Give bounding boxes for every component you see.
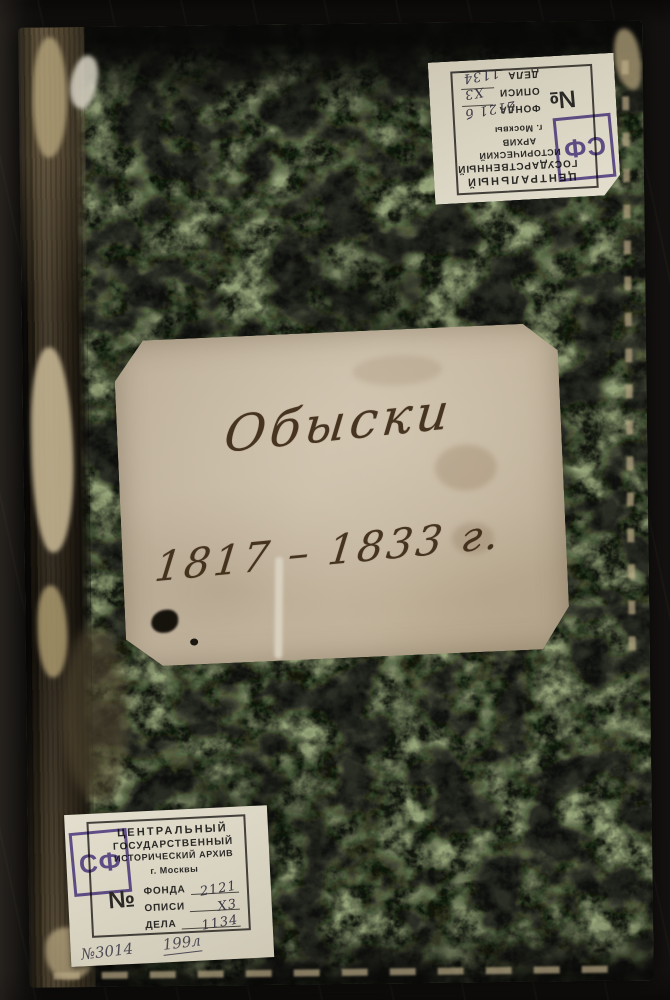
ink-blot bbox=[151, 609, 179, 633]
cover-title: Обыски bbox=[112, 371, 566, 476]
numero-symbol: № bbox=[107, 887, 136, 913]
photo-backdrop: Обыски 1817 – 1833 г. ЦЕНТРАЛЬНЫЙ ГОСУДА… bbox=[0, 0, 670, 1000]
archive-stamp: ЦЕНТРАЛЬНЫЙ ГОСУДАРСТВЕННЫЙ ИСТОРИЧЕСКИЙ… bbox=[70, 810, 267, 940]
archive-stamp: ЦЕНТРАЛЬНЫЙ ГОСУДАРСТВЕННЫЙ ИСТОРИЧЕСКИЙ… bbox=[434, 61, 615, 199]
paper-stain bbox=[352, 353, 443, 387]
inventory-number: №3014 bbox=[80, 940, 134, 966]
dela-value: 1134 bbox=[461, 65, 500, 86]
archive-label-top: ЦЕНТРАЛЬНЫЙ ГОСУДАРСТВЕННЫЙ ИСТОРИЧЕСКИЙ… bbox=[428, 53, 621, 205]
sheet-count: 199л bbox=[162, 931, 202, 955]
sf-stamp-text: СФ bbox=[562, 130, 608, 165]
ink-dot bbox=[190, 638, 198, 645]
numero-symbol: № bbox=[548, 85, 577, 111]
paper-stain bbox=[434, 443, 498, 492]
title-label: Обыски 1817 – 1833 г. bbox=[113, 322, 571, 667]
cover-years: 1817 – 1833 г. bbox=[102, 505, 554, 596]
sf-stamp-text: СФ bbox=[78, 845, 124, 880]
book-cover: Обыски 1817 – 1833 г. ЦЕНТРАЛЬНЫЙ ГОСУДА… bbox=[18, 20, 654, 988]
sf-stamp: СФ bbox=[553, 113, 617, 182]
archive-label-bottom: ЦЕНТРАЛЬНЫЙ ГОСУДАРСТВЕННЫЙ ИСТОРИЧЕСКИЙ… bbox=[64, 805, 274, 967]
